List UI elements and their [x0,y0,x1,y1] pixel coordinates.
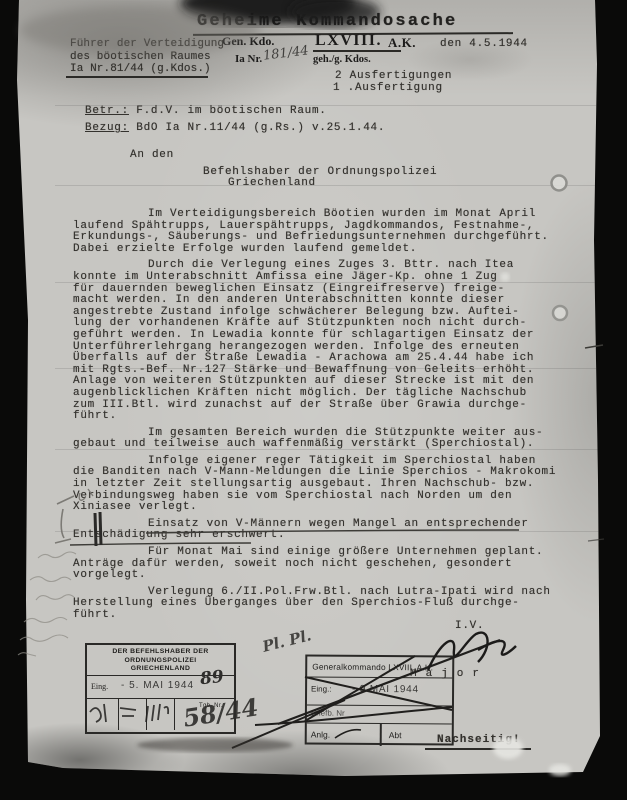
handwritten-89: 89 [199,667,225,689]
paragraph-4: Infolge eigener reger Tätigkeit im Sperc… [73,456,573,514]
sender-underline [66,76,208,78]
iv-signature-label: I.V. [455,620,484,632]
anlg-label: Anlg. [311,730,330,740]
receipt-stamp-generalkommando: Generalkommando LXVIII. A.K. Eing.: - 9 … [305,654,455,745]
corps-underline [313,50,401,52]
address-an-den: An den [130,149,174,161]
paragraph-5-underlined: Einsatz von V-Männern wegen Mangel an en… [73,519,573,542]
classification-header: Geheime Kommandosache [197,12,457,31]
abt-label: Abt [389,730,402,740]
ia-nr-stamp: Ia Nr. [235,53,262,65]
left-stamp-title1: DER BEFEHLSHABER DER ORDNUNGSPOLIZEI [89,648,232,665]
betr-text: F.d.V. im böotischen Raum. [129,105,327,117]
paragraph-3: Im gesamten Bereich wurden die Stützpunk… [73,428,573,451]
scanned-document: Geheime Kommandosache Führer der Verteid… [0,0,627,800]
date-line: den 4.5.1944 [440,38,528,50]
footer-note-underline [425,748,531,750]
corps-stamp: A.K. [388,35,416,51]
paragraph-6: Für Monat Mai sind einige größere Untern… [73,547,573,582]
anlg-abt-divider [380,724,382,746]
paragraph-1: Im Verteidigungsbereich Böotien wurden i… [73,209,573,255]
right-stamp-eing-label: Eing.: [311,685,332,694]
left-stamp-eing-date: - 5. MAI 1944 [121,680,194,691]
betr-line: Betr.: F.d.V. im böotischen Raum. [85,105,327,117]
right-stamp-title: Generalkommando LXVIII. A.K. [312,662,433,673]
gen-kdo-stamp: Gen. Kdo. [222,34,274,49]
left-stamp-eing-label: Eing. [91,682,108,691]
bezug-label: Bezug: [85,122,129,134]
address-country: Griechenland [228,177,316,189]
left-stamp-cell-1 [87,699,119,730]
document-page: Geheime Kommandosache Führer der Verteid… [0,0,627,800]
copies-line2: 1 .Ausfertigung [333,82,443,94]
paragraph-2: Durch die Verlegung eines Zuges 3. Bttr.… [73,260,573,422]
handwritten-initials: Pl. Pl. [261,626,314,655]
bezug-text: BdO Ia Nr.11/44 (g.Rs.) v.25.1.44. [129,122,385,134]
geh-kdos-stamp: geh./g. Kdos. [313,54,371,65]
right-stamp-eing-date: - 9 MAI 1944 [352,684,419,695]
briefb-nr-label: Briefb. Nr [311,709,345,718]
copies-line1: 2 Ausfertigungen [335,70,452,82]
sender-block: Führer der Verteidigungdes böotischen Ra… [70,38,224,76]
letter-body: Im Verteidigungsbereich Böotien wurden i… [73,209,573,627]
sender-lines: Führer der Verteidigungdes böotischen Ra… [70,38,224,76]
betr-label: Betr.: [85,105,129,117]
corps-typed: LXVIII. [315,32,382,50]
scan-line [55,185,600,186]
bezug-line: Bezug: BdO Ia Nr.11/44 (g.Rs.) v.25.1.44… [85,122,385,134]
left-stamp-cell-3 [147,699,175,730]
paragraph-7: Verlegung 6./II.Pol.Frw.Btl. nach Lutra-… [73,587,573,622]
left-stamp-cell-2 [119,699,147,730]
